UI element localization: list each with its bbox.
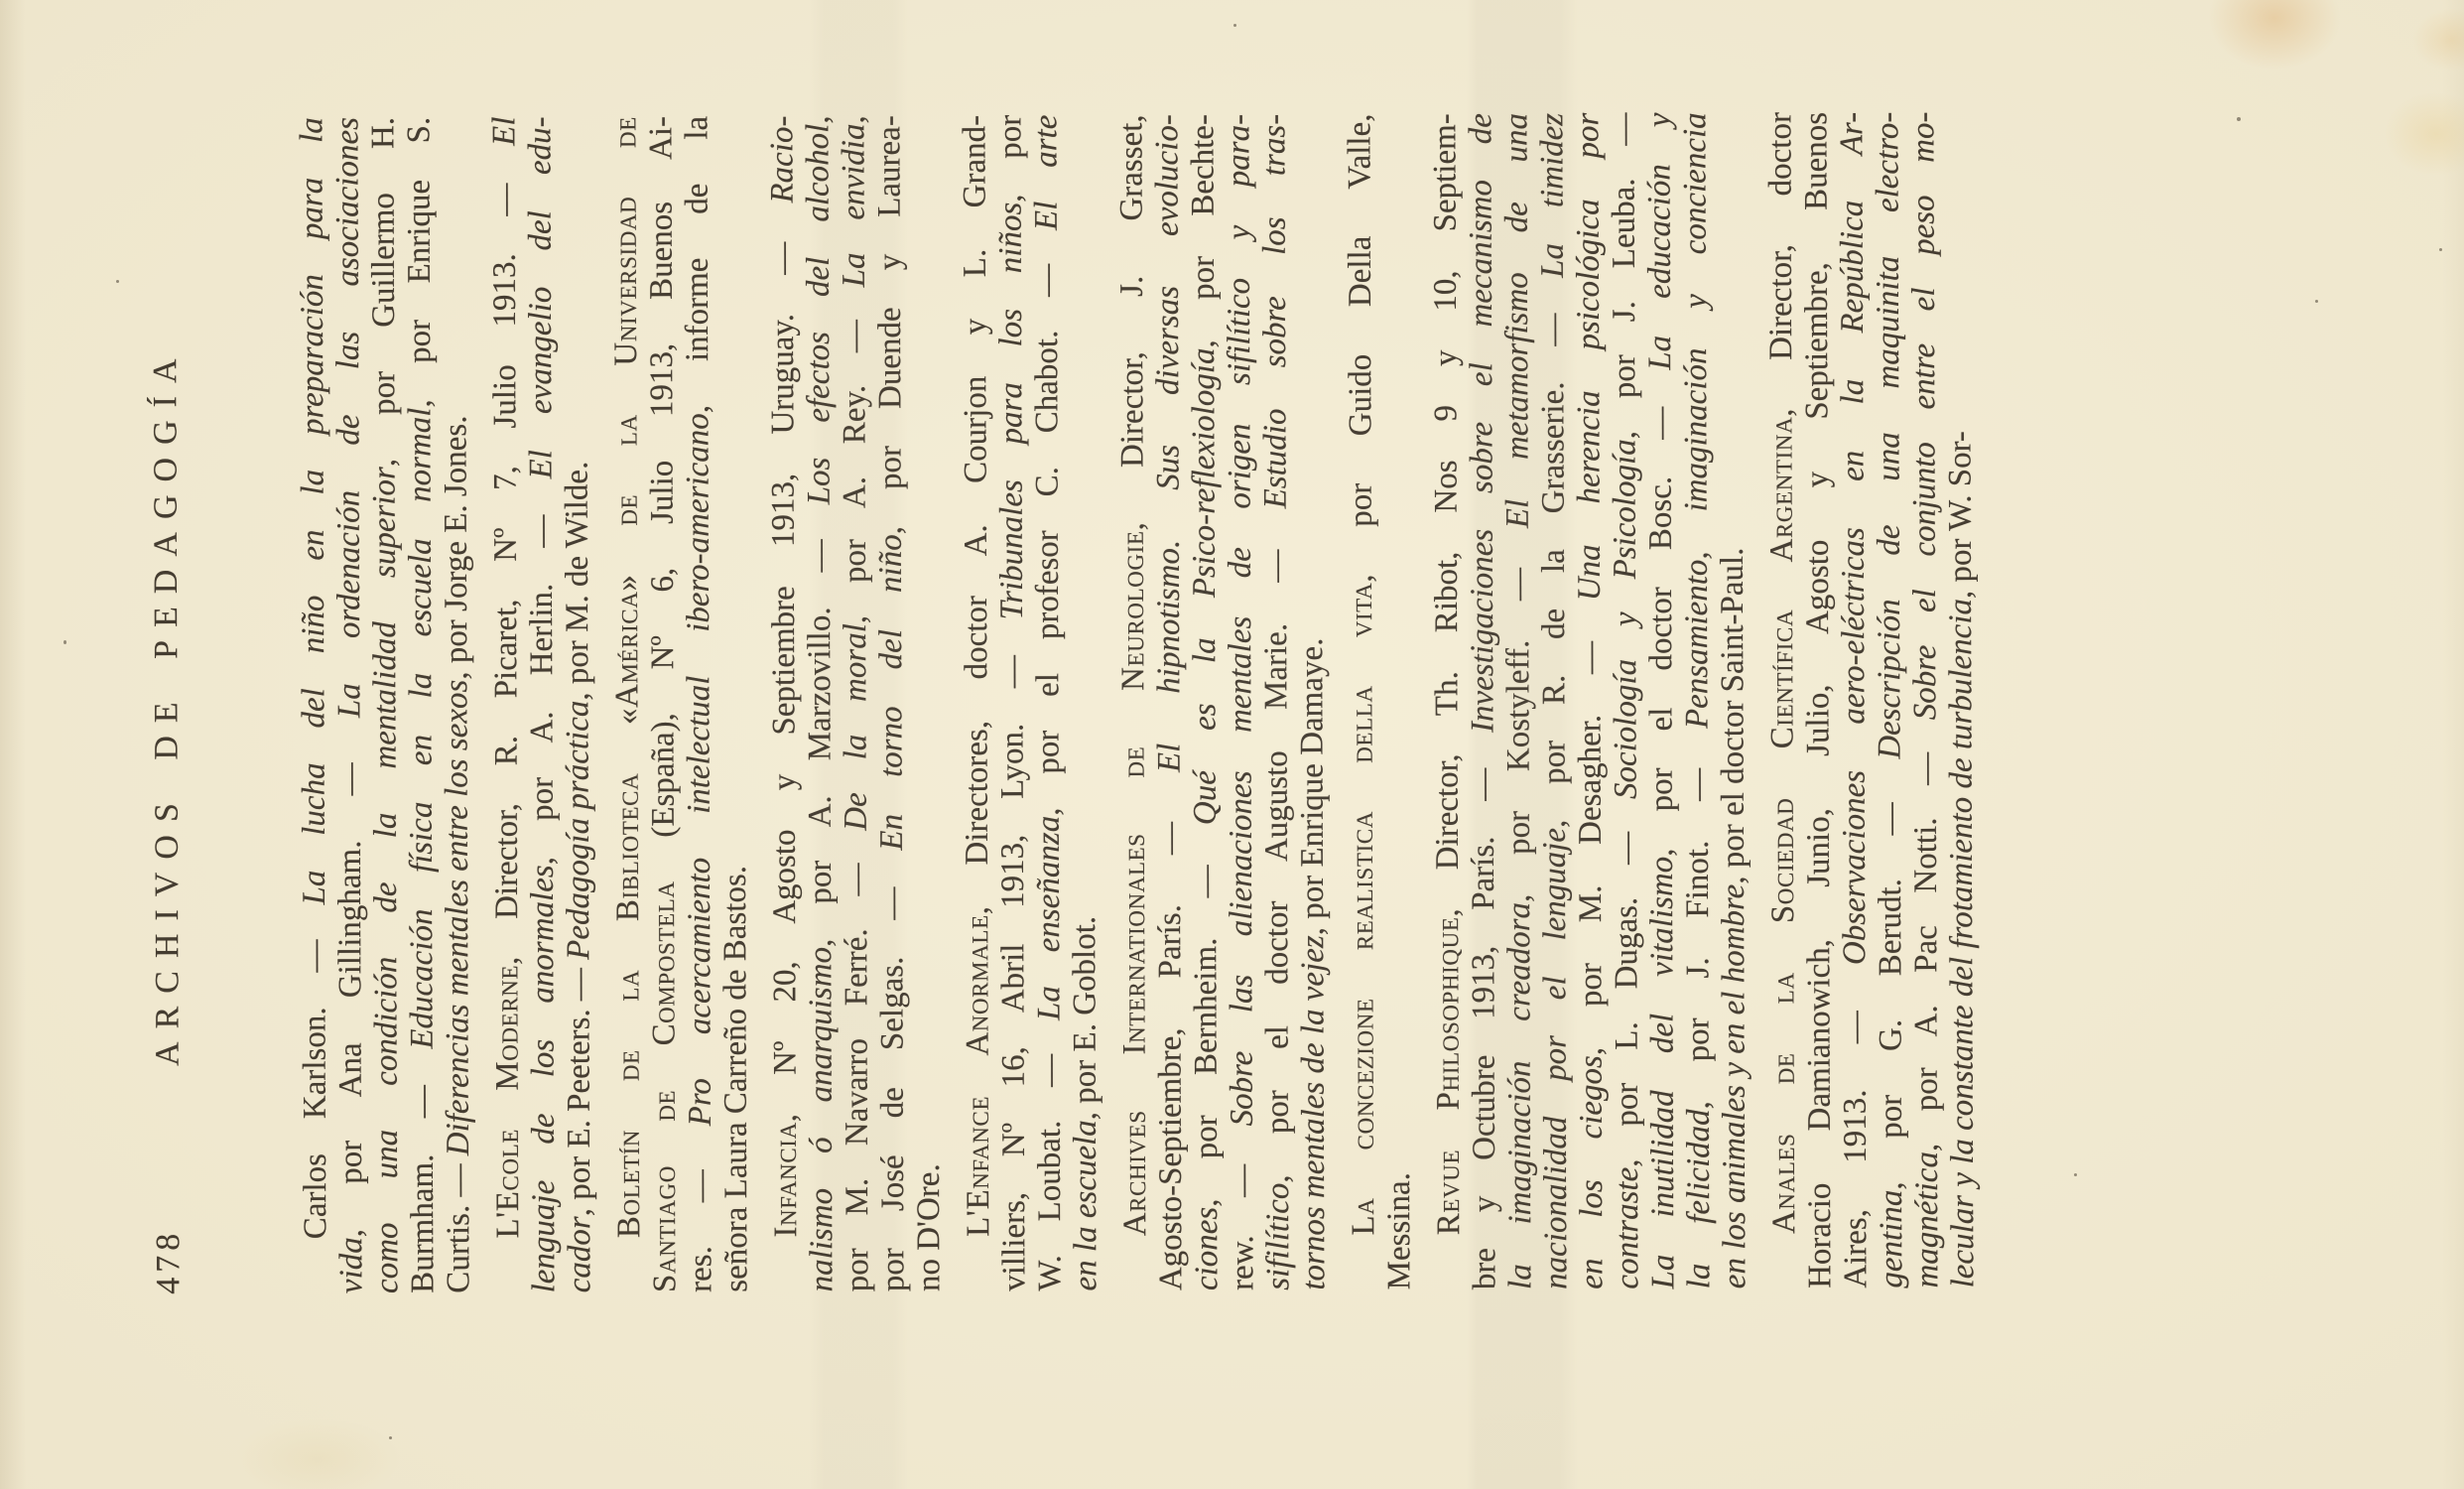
text-segment: bre y Octubre 1913, París. —	[1465, 733, 1502, 1289]
article-title: La educación y	[1641, 112, 1678, 369]
text-segment: , por el doctor Saint-Paul.	[1714, 548, 1751, 884]
article-title: Pedagogía práctica	[560, 701, 596, 960]
text-segment: Agosto-Septiembre, París. —	[1151, 772, 1189, 1290]
journal-name: Santiago de Compostela	[645, 880, 682, 1292]
text-line: W. Loubat. — La enseñanza, por el profes…	[1028, 115, 1068, 1291]
article-title: en los animales y en el hombre	[1715, 884, 1751, 1289]
text-line: en los animales y en el hombre, por el d…	[1713, 112, 1752, 1288]
text-segment: por José de Selgas. —	[873, 851, 911, 1292]
entry-paragraph: Anales de la Sociedad Científica Argenti…	[1762, 111, 1981, 1288]
article-title: Investigaciones sobre el mecanismo de	[1463, 113, 1500, 733]
text-segment: , por A. Marzovillo. —	[801, 504, 839, 947]
text-line: la imaginación creadora, por Kostyleff. …	[1498, 113, 1538, 1289]
article-title: Sociología y Psicología	[1607, 439, 1643, 799]
text-line: villiers, Nº 16, Abril 1913, Lyon. — Tri…	[992, 115, 1032, 1291]
text-segment: señora Laura Carreño de Bastos.	[716, 866, 753, 1292]
text-line: Santiago de Compostela (España), Nº 6, J…	[643, 116, 683, 1292]
article-title: El metamorfismo de una	[1498, 113, 1535, 528]
text-line: ciones, por Bernheim. — Qué es la Psico-…	[1185, 114, 1225, 1290]
article-title: Sobre el conjunto entre el peso mo-	[1905, 112, 1943, 721]
article-title: El hipnotismo. Sus diversas evolucio-	[1149, 114, 1187, 772]
book-page: 478 ARCHIVOS DE PEDAGOGÍA Carlos Karlson…	[0, 0, 2464, 1489]
text-segment: , por M. de Wilde.	[559, 462, 595, 701]
page-body: Carlos Karlson. — La lucha del niño en l…	[294, 111, 1995, 1293]
article-title: Estudio sobre los tras-	[1256, 114, 1293, 509]
article-title: lenguaje de los anormales	[524, 865, 562, 1292]
text-segment: , por E. Goblot.	[1067, 916, 1103, 1120]
entry-paragraph: L'Ecole Moderne, Director, R. Picaret, N…	[486, 116, 597, 1292]
text-segment: Carlos Karlson. —	[297, 904, 333, 1239]
article-title: Qué es la Psico-reflexiología	[1186, 347, 1224, 825]
text-segment: no D'Ore.	[910, 1163, 946, 1291]
text-segment: Burmham. —	[404, 1049, 441, 1293]
article-title: El	[486, 116, 522, 145]
article-title: Descripción de una maquinita electro-	[1870, 112, 1907, 759]
article-title: cador	[562, 1216, 597, 1292]
entry-paragraph: Carlos Karlson. — La lucha del niño en l…	[294, 117, 476, 1294]
text-segment: , por Duende y Laurea-	[871, 115, 908, 534]
text-segment: , por J. Leuba. —	[1606, 113, 1642, 440]
article-title: La envidia	[836, 124, 872, 288]
text-segment: Horacio Damianowich, Junio, Julio, Agost…	[1798, 112, 1838, 1288]
text-line: magnética, por A. Pac Notti. — Sobre el …	[1905, 112, 1945, 1288]
text-segment: (España), Nº 6, Julio 1913, Buenos Ai-	[643, 116, 682, 881]
article-title: ciones	[1189, 1207, 1225, 1290]
text-segment: , por el doctor Augusto Marie. —	[1257, 508, 1295, 1182]
text-segment: , por M. Desagher. —	[1571, 601, 1609, 1055]
journal-name: Archives Internationales de Neurologie	[1114, 530, 1152, 1236]
article-title: En torno del niño	[872, 534, 909, 850]
entry-paragraph: Revue Philosophique, Director, Th. Ribot…	[1427, 112, 1752, 1289]
text-segment: , por A. Pac Notti. —	[1907, 720, 1945, 1151]
text-line: nacionalidad por el lenguaje, por R. de …	[1534, 113, 1574, 1289]
article-title: lecular y la constante del frotamiento d…	[1942, 599, 1980, 1288]
text-segment: res. —	[682, 1126, 718, 1292]
text-segment: , Directores, doctor A. Courjon y L. Gra…	[957, 115, 995, 915]
text-line: Anales de la Sociedad Científica Argenti…	[1762, 112, 1802, 1288]
running-title: ARCHIVOS DE PEDAGOGÍA	[145, 118, 189, 1294]
text-segment: Aires, 1913. —	[1837, 965, 1874, 1288]
text-line: gentina, por G. Berudt. — Descripción de…	[1870, 112, 1909, 1288]
article-title: magnética	[1908, 1151, 1944, 1288]
journal-name: L'Enfance Anormale	[960, 914, 996, 1237]
text-segment: villiers, Nº 16, Abril 1913, Lyon. —	[994, 619, 1032, 1290]
text-line: por José de Selgas. — En torno del niño,…	[871, 115, 911, 1291]
text-line: señora Laura Carreño de Bastos.	[714, 116, 754, 1292]
text-line: como una condición de la mentalidad supe…	[365, 117, 405, 1293]
text-segment: , por Guido Della Valle,	[1342, 113, 1379, 582]
text-line: contraste, por L. Dugas. — Sociología y …	[1606, 113, 1645, 1289]
entry-paragraph: La concezione realistica della vita, por…	[1342, 113, 1417, 1289]
article-title: en los ciegos	[1573, 1055, 1610, 1289]
entry-paragraph: Boletín de la Biblioteca «América» de la…	[607, 116, 754, 1292]
text-segment: , por Guillermo H.	[365, 117, 402, 467]
article-title: como una condición de la mentalidad supe…	[366, 467, 405, 1293]
text-segment: Curtis. —	[440, 1155, 475, 1293]
article-title: Racio-	[764, 116, 800, 203]
text-segment: rew. —	[1224, 1126, 1260, 1290]
text-line: res. — Pro acercamiento intelectual iber…	[679, 116, 718, 1292]
article-title: La enseñanza	[1030, 816, 1067, 1020]
article-title: El arte	[1028, 115, 1064, 230]
article-title: La ordenación de las asociaciones	[329, 117, 367, 718]
journal-name: La concezione realistica della vita	[1343, 583, 1380, 1236]
text-line: lecular y la constante del frotamiento d…	[1941, 111, 1981, 1287]
text-segment: por M. Navarro Ferré. —	[838, 831, 875, 1292]
article-title: contraste	[1609, 1167, 1644, 1289]
page-number: 478	[149, 1229, 189, 1294]
text-line: tornos mentales de la vejez, por Enrique…	[1292, 114, 1332, 1290]
text-line: rew. — Sobre las alienaciones mentales d…	[1221, 114, 1260, 1290]
text-line: cador, por E. Peeters. — Pedagogía práct…	[558, 116, 597, 1292]
article-title: en la escuela	[1067, 1120, 1103, 1290]
article-title: Sobre las alienaciones mentales de orige…	[1221, 114, 1260, 1127]
text-segment: , por W. Sor-	[1942, 431, 1979, 599]
text-line: Curtis. — Diferencias mentales entre los…	[437, 117, 476, 1293]
text-line: por M. Navarro Ferré. — De la moral, por…	[836, 115, 875, 1291]
text-segment: ,	[836, 115, 871, 123]
text-segment: Messina.	[1381, 1172, 1417, 1289]
journal-name: L'Ecole Moderne	[489, 965, 526, 1239]
text-line: en los ciegos, por M. Desagher. — Una he…	[1570, 113, 1610, 1289]
text-segment: , por J. Finot. —	[1679, 729, 1716, 1109]
text-segment: , por Jorge E. Jones.	[438, 415, 474, 679]
journal-name: Infancia	[767, 1122, 803, 1237]
article-title: Los efectos del alcohol	[800, 124, 837, 505]
article-title: nalismo ó anarquismo	[803, 947, 840, 1292]
text-line: L'Ecole Moderne, Director, R. Picaret, N…	[486, 116, 526, 1292]
text-line: nalismo ó anarquismo, por A. Marzovillo.…	[800, 115, 840, 1291]
text-line: Horacio Damianowich, Junio, Julio, Agost…	[1798, 112, 1838, 1288]
article-title: nacionalidad por el lenguaje	[1536, 828, 1574, 1289]
scanned-page-canvas: 478 ARCHIVOS DE PEDAGOGÍA Carlos Karlson…	[0, 0, 2464, 1489]
text-segment: , Director, doctor	[1762, 112, 1799, 417]
article-title: Educación física en la escuela normal	[402, 408, 440, 1049]
article-title: tornos mentales de la vejez	[1295, 935, 1332, 1290]
text-line: Aires, 1913. — Observaciones aero-eléctr…	[1834, 112, 1874, 1288]
article-title: La timidez	[1534, 113, 1571, 278]
text-line: bre y Octubre 1913, París. — Investigaci…	[1463, 113, 1502, 1289]
text-segment: , por Ana Gillingham. —	[331, 718, 369, 1237]
text-line: sifilítico, por el doctor Augusto Marie.…	[1256, 114, 1296, 1290]
article-title: Diferencias mentales entre los sexos	[439, 680, 476, 1156]
article-title: vida	[333, 1237, 369, 1293]
text-segment: , por A. Herlin. —	[523, 478, 560, 865]
article-title: sifilítico	[1260, 1183, 1296, 1290]
text-line: en la escuela, por E. Goblot.	[1064, 114, 1103, 1290]
text-line: vida, por Ana Gillingham. — La ordenació…	[329, 117, 369, 1293]
text-segment: , Nº 20, Agosto y Septiembre 1913, Urugu…	[764, 203, 803, 1122]
article-title: Tribunales para los niños	[992, 203, 1029, 620]
text-line: Carlos Karlson. — La lucha del niño en l…	[294, 117, 333, 1293]
text-segment: , por el profesor C. Chabot. —	[1028, 230, 1066, 816]
text-line: no D'Ore.	[907, 115, 947, 1291]
text-line: La inutilidad del vitalismo, por el doct…	[1641, 112, 1681, 1288]
article-title: la felicidad	[1680, 1109, 1717, 1288]
journal-name: Revue Philosophique	[1430, 916, 1467, 1235]
text-segment: , por Bernheim. —	[1187, 825, 1224, 1207]
article-title: De la moral	[838, 623, 874, 831]
article-title: Pensamiento, imaginación y conciencia	[1677, 112, 1715, 729]
article-title: Observaciones aero-eléctricas en la Repú…	[1834, 112, 1873, 965]
entry-paragraph: L'Enfance Anormale, Directores, doctor A…	[957, 114, 1103, 1290]
text-line: Boletín de la Biblioteca «América» de la…	[607, 116, 647, 1292]
article-title: La inutilidad del vitalismo	[1643, 857, 1681, 1289]
article-title: gentina	[1874, 1190, 1909, 1288]
text-segment: W. Loubat. —	[1031, 1020, 1068, 1291]
text-segment: , por	[992, 115, 1028, 203]
text-line: Burmham. — Educación física en la escuel…	[401, 117, 441, 1293]
text-segment: ,	[800, 115, 836, 123]
entry-paragraph: Infancia, Nº 20, Agosto y Septiembre 191…	[764, 115, 947, 1292]
text-segment: , por A. Rey. —	[836, 287, 872, 623]
article-title: Pro acercamiento intelectual ibero-ameri…	[680, 413, 718, 1126]
text-line: La concezione realistica della vita, por…	[1342, 113, 1381, 1289]
text-segment: , Director, Th. Ribot, Nos 9 y 10, Septi…	[1427, 113, 1466, 916]
text-line: Revue Philosophique, Director, Th. Ribot…	[1427, 113, 1467, 1289]
text-line: lenguaje de los anormales, por A. Herlin…	[522, 116, 562, 1292]
text-segment: , por Enrique S.	[401, 117, 438, 408]
text-line: L'Enfance Anormale, Directores, doctor A…	[957, 115, 996, 1291]
text-line: Messina.	[1377, 113, 1417, 1289]
entry-paragraph: Archives Internationales de Neurologie, …	[1113, 114, 1332, 1291]
text-segment: , por L. Dugas. —	[1608, 799, 1644, 1167]
article-title: Una herencia psicológica por	[1570, 113, 1608, 602]
article-title: La lucha del niño en la preparación para…	[294, 117, 332, 904]
journal-name: Anales de la Sociedad Científica Argenti…	[1763, 417, 1802, 1234]
text-line: Infancia, Nº 20, Agosto y Septiembre 191…	[764, 116, 804, 1292]
text-segment: , por E. Peeters. —	[561, 960, 597, 1217]
text-segment: , por el doctor Bosc. —	[1642, 370, 1680, 857]
journal-name: Boletín de la Biblioteca «América» de la…	[607, 116, 647, 1238]
text-line: Agosto-Septiembre, París. — El hipnotism…	[1149, 114, 1189, 1290]
text-segment: , Director, J. Grasset,	[1113, 114, 1150, 530]
text-segment: , informe de la	[679, 116, 715, 413]
text-segment: , por Enrique Damaye.	[1294, 638, 1331, 936]
text-segment: , por R. de la Grasserie. —	[1534, 278, 1572, 828]
article-title: la imaginación creadora	[1501, 902, 1538, 1289]
text-segment: , por Kostyleff. —	[1499, 528, 1536, 902]
running-head: 478 ARCHIVOS DE PEDAGOGÍA	[145, 118, 189, 1294]
text-line: Archives Internationales de Neurologie, …	[1113, 114, 1153, 1290]
text-segment: , por Bechte-	[1185, 114, 1222, 347]
text-segment: , por G. Berudt. —	[1872, 759, 1909, 1190]
text-line: la felicidad, por J. Finot. — Pensamient…	[1677, 112, 1717, 1288]
text-segment: , Director, R. Picaret, Nº 7, Julio 1913…	[486, 146, 525, 965]
article-title: El evangelio del edu-	[522, 116, 559, 478]
